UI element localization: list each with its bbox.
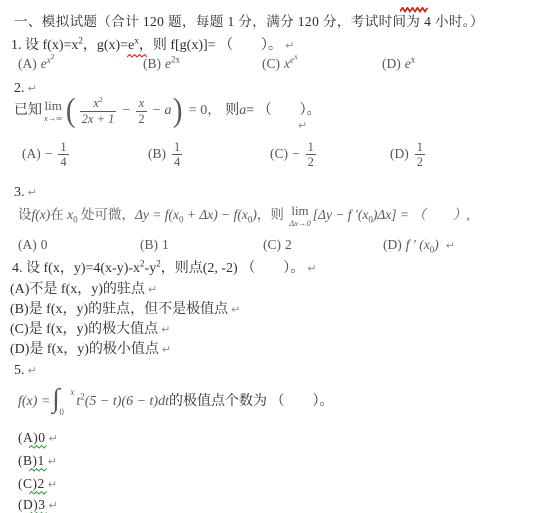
option-text: (B)是 f(x，y)的驻点，但不是极值点	[10, 302, 228, 317]
q3-text-run: 在	[50, 207, 67, 222]
big-right-paren: )	[173, 94, 183, 128]
q2-option-a: (A)−14	[22, 140, 71, 170]
option-value: ex2	[41, 56, 55, 73]
q4-text-run: -y	[145, 261, 157, 276]
q4-option-b: (B)是 f(x，y)的驻点，但不是极值点↵	[10, 301, 240, 319]
paragraph-mark: ↵	[307, 262, 316, 275]
q2-known-text: 已知	[14, 102, 42, 120]
question-3-stem: 设f(x)在 x0 处可微，Δy = f(x0 + Δx) − f(x0)，则 …	[18, 204, 470, 228]
q4-option-d: (D)是 f(x，y)的极小值点↵	[10, 341, 171, 359]
q1-text-run: 1. 设 f(x)=x	[11, 38, 78, 53]
math-run: )Δx] = （ ）,	[373, 207, 470, 222]
paragraph-mark: ↵	[231, 303, 240, 316]
grammar-squiggle-green-icon	[29, 468, 47, 472]
question-5-number: 5.↵	[14, 362, 37, 380]
minus-sign: −	[292, 146, 300, 163]
q1-misspelled-term: ex	[128, 37, 139, 55]
grammar-squiggle-green-icon	[29, 491, 47, 495]
limit-subscript: x→∞	[44, 114, 62, 123]
option-fraction: 12	[306, 140, 316, 170]
fraction-numerator: x2	[80, 96, 117, 110]
question-4-stem: 4. 设 f(x，y)=4(x-y)-x2-y2，则点(2, -2) （ ）。↵	[12, 260, 316, 278]
paragraph-mark: ↵	[161, 323, 170, 336]
grammar-squiggle-green-icon	[29, 445, 47, 449]
math-run: + Δx) − f(x	[184, 207, 248, 222]
q2-option-b: (B)14	[148, 140, 184, 170]
question-2-formula: 已知 limx→∞ ( x22x + 1 − x2 − a ) = 0， 则 a…	[14, 92, 321, 130]
option-label: (C)	[263, 237, 281, 254]
math-base: x	[139, 96, 145, 110]
option-label: (C)	[270, 146, 288, 163]
math-exponent: ex	[290, 55, 298, 65]
q1-option-b: (B)e2x	[143, 56, 180, 73]
q1-text-run: ，则 f[g(x)]= （ ）。	[139, 38, 282, 53]
limit-word: lim	[289, 204, 311, 217]
big-left-paren: (	[66, 94, 76, 128]
math-run: f(x)	[32, 207, 51, 222]
option-label: (D)	[18, 497, 38, 512]
paragraph-mark: ↵	[28, 364, 37, 377]
math-exponent: x	[411, 55, 416, 65]
fraction-numerator: x	[136, 96, 146, 110]
option-label: (B)	[148, 146, 166, 163]
option-label: (D)	[390, 146, 409, 163]
q1-option-d: (D)ex	[382, 56, 415, 73]
q3-option-b: (B)1	[140, 237, 169, 254]
math-run: )	[434, 237, 439, 252]
option-value: xex	[284, 56, 298, 73]
option-value: 2	[285, 237, 292, 254]
paragraph-mark: ↵	[48, 478, 58, 491]
integral-lower-limit: 0	[59, 407, 64, 418]
option-label: (D)	[382, 56, 401, 73]
option-text: (D)是 f(x，y)的极小值点	[10, 342, 159, 357]
limit-subscript-text: Δx→0	[289, 218, 311, 228]
option-text: (A)不是 f(x，y)的驻点	[10, 282, 145, 297]
option-value: 2	[38, 476, 45, 491]
q5-option-d: (D)3↵	[18, 497, 58, 513]
option-value: 0	[41, 237, 48, 254]
option-fraction: 14	[172, 140, 182, 170]
q3-text-run: 处可微，	[78, 207, 135, 222]
question-3-number: 3.↵	[14, 184, 37, 202]
option-label: (B)	[143, 56, 161, 73]
q5-tail-text: 的极值点个数为 （ ）。	[169, 393, 334, 411]
integral-upper-limit: x	[70, 387, 74, 398]
option-label: (B)	[18, 453, 38, 468]
paragraph-mark: ↵	[48, 455, 58, 468]
q5-option-b: (B)1↵	[18, 453, 57, 470]
option-label: (A)	[18, 56, 37, 73]
grammar-checked-term: (D)3	[18, 497, 46, 513]
q1-options-row: (A)ex2 (B)e2x (C)xex (D)ex	[0, 56, 557, 76]
grammar-checked-term: (A)0	[18, 430, 46, 447]
question-5-formula: f(x) = ∫x0 t2(5 − t)(6 − t)dt 的极值点个数为 （ …	[18, 386, 333, 418]
q4-option-c: (C)是 f(x，y)的极大值点↵	[10, 321, 170, 339]
paragraph-mark: ↵	[148, 283, 157, 296]
q3-number: 3.	[14, 185, 25, 200]
fraction-numerator: 1	[306, 140, 316, 154]
option-value: 1	[162, 237, 169, 254]
q2-answer-blank: = （ ）。	[246, 102, 320, 120]
q5-number: 5.	[14, 363, 25, 378]
q2-fraction-1: x22x + 1	[80, 96, 117, 126]
option-value: ex	[405, 56, 416, 73]
q1-option-c: (C)xex	[262, 56, 298, 73]
math-run: [Δy − f ′(x	[313, 207, 369, 222]
option-label: (A)	[18, 237, 37, 254]
integral-sign: ∫x0	[52, 386, 74, 418]
q3-option-c: (C)2	[263, 237, 292, 254]
option-value: e2x	[165, 56, 180, 73]
q2-option-d: (D)12	[390, 140, 427, 170]
fraction-denominator: 2	[136, 111, 146, 126]
option-value: f ′ (x0)	[406, 237, 439, 254]
q2-options-row: (A)−14 (B)14 (C)−12 (D)12	[0, 140, 557, 174]
fraction-denominator: 2x + 1	[80, 111, 117, 126]
math-exponent: x2	[47, 55, 55, 65]
q2-then-text: 则	[225, 102, 239, 120]
fraction-denominator: 4	[172, 154, 182, 169]
q4-text-run: ，则点(2, -2) （ ）。	[161, 261, 305, 276]
grammar-checked-term: (C)2	[18, 476, 45, 493]
q5-fx: f(x) =	[18, 393, 50, 411]
option-label: (A)	[18, 430, 38, 445]
q5-option-a: (A)0↵	[18, 430, 58, 447]
q3-limit: limΔx→0	[289, 204, 311, 228]
q2-variable-a: a	[239, 102, 246, 120]
option-value: 0	[38, 430, 45, 445]
fraction-denominator: 4	[58, 154, 68, 169]
q2-option-c: (C)−12	[270, 140, 318, 170]
paragraph-mark: ↵	[28, 186, 37, 199]
paragraph-mark: ↵	[162, 343, 171, 356]
paragraph-mark: ↵	[49, 432, 59, 445]
q3-text-run: ，则	[257, 207, 287, 222]
option-value: 3	[38, 497, 45, 512]
math-run: f ′ (x	[406, 237, 430, 252]
q2-limit: limx→∞	[44, 99, 62, 123]
minus-sign: −	[45, 146, 53, 163]
q2-variable-a: a	[164, 102, 171, 120]
word-document-page: 一、模拟试题（合计 120 题，每题 1 分，满分 120 分，考试时间为 4 …	[0, 0, 557, 513]
math-text: 2x + 1	[82, 112, 115, 126]
q3-option-a: (A)0	[18, 237, 48, 254]
q3-option-d: (D)f ′ (x0)↵	[383, 237, 455, 254]
q5-option-c: (C)2↵	[18, 476, 57, 493]
limit-word: lim	[44, 99, 62, 112]
paragraph-mark: ↵	[446, 239, 455, 253]
exam-title: 一、模拟试题（合计 120 题，每题 1 分，满分 120 分，考试时间为 4 …	[14, 14, 484, 31]
fraction-numerator: 1	[58, 140, 68, 154]
paragraph-mark: ↵	[285, 39, 294, 52]
q2-equals-zero: = 0，	[189, 102, 221, 120]
math-sup-exp: x	[294, 52, 298, 61]
paragraph-mark: ↵	[49, 499, 59, 512]
q2-fraction-2: x2	[136, 96, 146, 126]
option-fraction: 14	[58, 140, 68, 170]
option-label: (B)	[140, 237, 158, 254]
fraction-numerator: 1	[415, 140, 425, 154]
q4-option-a: (A)不是 f(x，y)的驻点↵	[10, 281, 157, 299]
option-label: (C)	[262, 56, 280, 73]
math-run: (5 − t)(6 − t)dt	[85, 394, 169, 409]
option-value: 1	[38, 453, 45, 468]
fraction-numerator: 1	[172, 140, 182, 154]
q1-e-superscript: x	[134, 35, 139, 45]
option-text: (C)是 f(x，y)的极大值点	[10, 322, 158, 337]
q3-text-run: 设	[18, 207, 32, 222]
math-run: Δy = f(x	[135, 207, 179, 222]
option-label: (D)	[383, 237, 402, 254]
minus-operator: −	[153, 102, 161, 120]
limit-subscript-text: x→∞	[44, 113, 62, 123]
math-exponent: 2x	[171, 55, 180, 65]
q4-text-run: 4. 设 f(x，y)=4(x-y)-x	[12, 261, 140, 276]
limit-subscript: Δx→0	[289, 219, 311, 228]
q1-option-a: (A)ex2	[18, 56, 55, 73]
math-sup-exp: 2	[51, 52, 55, 61]
fraction-denominator: 2	[415, 154, 425, 169]
option-fraction: 12	[415, 140, 425, 170]
math-exponent: 2	[99, 95, 103, 104]
grammar-checked-term: (B)1	[18, 453, 45, 470]
option-label: (A)	[22, 146, 41, 163]
q5-integrand: t2(5 − t)(6 − t)dt	[76, 393, 169, 411]
minus-operator: −	[122, 102, 130, 120]
option-label: (C)	[18, 476, 38, 491]
fraction-denominator: 2	[306, 154, 316, 169]
paragraph-mark: ↵	[298, 119, 307, 132]
q3-options-row: (A)0 (B)1 (C)2 (D)f ′ (x0)↵	[0, 237, 557, 257]
q1-text-run: ，g(x)=	[83, 38, 128, 53]
